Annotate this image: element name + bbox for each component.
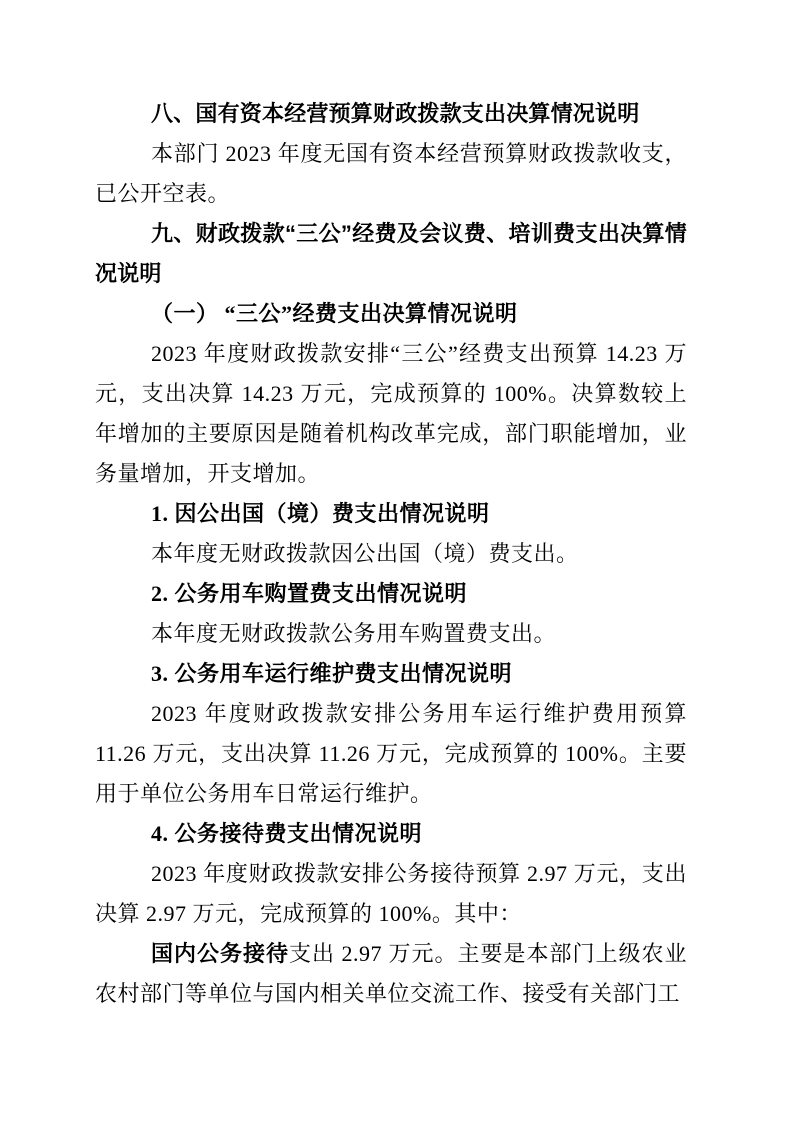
para-no-state-capital-budget: 本部门 2023 年度无国有资本经营预算财政拨款收支，已公开空表。 — [95, 134, 687, 214]
para-domestic-reception: 国内公务接待支出 2.97 万元。主要是本部门上级农业农村部门等单位与国内相关单… — [95, 934, 687, 1014]
para-three-public-budget-summary: 2023 年度财政拨款安排“三公”经费支出预算 14.23 万元，支出决算 14… — [95, 334, 687, 494]
heading-section-8-state-capital: 八、国有资本经营预算财政拨款支出决算情况说明 — [95, 94, 687, 134]
para-no-overseas-travel: 本年度无财政拨款因公出国（境）费支出。 — [95, 534, 687, 574]
heading-item-4-official-reception: 4. 公务接待费支出情况说明 — [95, 814, 687, 854]
heading-subsection-three-public-summary: （一） “三公”经费支出决算情况说明 — [95, 294, 687, 334]
document-page: 八、国有资本经营预算财政拨款支出决算情况说明 本部门 2023 年度无国有资本经… — [0, 0, 793, 1122]
heading-section-9-three-public-funds: 九、财政拨款“三公”经费及会议费、培训费支出决算情况说明 — [95, 214, 687, 294]
para-reception-budget: 2023 年度财政拨款安排公务接待预算 2.97 万元，支出决算 2.97 万元… — [95, 854, 687, 934]
heading-item-2-vehicle-purchase: 2. 公务用车购置费支出情况说明 — [95, 574, 687, 614]
document-content: 八、国有资本经营预算财政拨款支出决算情况说明 本部门 2023 年度无国有资本经… — [95, 94, 687, 1014]
heading-item-1-overseas-travel: 1. 因公出国（境）费支出情况说明 — [95, 494, 687, 534]
para-no-vehicle-purchase: 本年度无财政拨款公务用车购置费支出。 — [95, 614, 687, 654]
para-vehicle-maintenance-budget: 2023 年度财政拨款安排公务用车运行维护费用预算 11.26 万元，支出决算 … — [95, 694, 687, 814]
heading-item-3-vehicle-maintenance: 3. 公务用车运行维护费支出情况说明 — [95, 654, 687, 694]
domestic-reception-label: 国内公务接待 — [151, 941, 289, 966]
